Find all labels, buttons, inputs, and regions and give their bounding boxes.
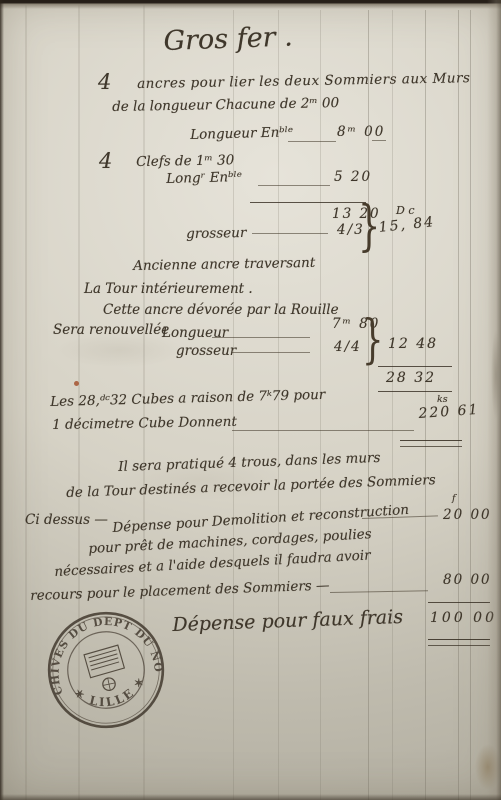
brace-glyph: } — [358, 194, 380, 257]
length-label: Longʳ Enᵇˡᵉ — [166, 169, 242, 187]
handwritten-line: La Tour intérieurement . — [84, 281, 253, 297]
paper-crease — [25, 0, 27, 800]
handwritten-line: Les 28,ᵈᶜ32 Cubes a raison de 7ᵏ79 pour — [50, 387, 325, 410]
leader-line — [252, 233, 328, 234]
handwritten-line: Ci dessus — — [25, 512, 108, 528]
girth-label: grosseur — [186, 225, 246, 242]
handwritten-line: de la Tour destinés a recevoir la portée… — [66, 472, 436, 501]
handwritten-line: de la longueur Chacune de 2ᵐ 00 — [112, 95, 339, 115]
amount-value: 4/4 — [334, 339, 362, 355]
length-label: Longueur Enᵇˡᵉ — [190, 124, 293, 143]
leader-line — [288, 141, 336, 142]
handwritten-line: recours pour le placement des Sommiers — — [30, 578, 330, 604]
handwritten-line: 1 décimetre Cube Donnent — [52, 414, 237, 433]
handwritten-line: ancres pour lier les deux Sommiers aux M… — [137, 70, 471, 92]
double-rule — [400, 440, 462, 447]
unit-mark: f — [452, 493, 456, 504]
photo-edge-top — [0, 0, 501, 9]
brace-glyph: } — [362, 310, 384, 370]
handwritten-line: Cette ancre dévorée par la Rouille — [103, 302, 339, 318]
amount-value: 20 00 — [443, 507, 492, 523]
amount-value: 5 20 — [334, 169, 372, 185]
amount-value: 15, 84 — [378, 214, 436, 236]
handwritten-line: Sera renouvellée — [53, 322, 169, 338]
stamp-emblem — [84, 645, 129, 694]
total-rule — [378, 391, 452, 392]
girth-label: grosseur — [176, 343, 236, 359]
leader-line — [212, 337, 310, 338]
archive-stamp: ARCHIVES DU DEPT DU NORD ✶ LILLE ✶ — [32, 596, 179, 743]
ruled-column-line — [392, 10, 393, 800]
leader-line — [258, 185, 330, 186]
photo-edge-bottom — [0, 794, 501, 800]
quantity: 4 — [99, 149, 112, 173]
sum-rule — [250, 202, 366, 203]
handwritten-line: Il sera pratiqué 4 trous, dans les murs — [118, 450, 381, 475]
leader-line — [232, 352, 310, 353]
foxing-spot — [74, 381, 79, 386]
total-rule — [428, 602, 490, 603]
unit-mark: D c — [396, 204, 414, 217]
amount-value: 8ᵐ 00 — [337, 124, 385, 140]
amount-value: 12 48 — [388, 336, 438, 352]
leader-line — [330, 590, 428, 593]
total-rule — [378, 366, 452, 367]
manuscript-page: Gros fer . 4 ancres pour lier les deux S… — [0, 0, 501, 800]
page-title: Gros fer . — [163, 21, 293, 56]
leader-line — [232, 430, 414, 431]
double-rule — [428, 639, 490, 646]
leader-line — [372, 140, 386, 141]
photo-edge-left — [0, 0, 4, 800]
amount-value: 80 00 — [443, 572, 492, 588]
handwritten-line: Clefs de 1ᵐ 30 — [136, 152, 234, 170]
handwritten-line: Ancienne ancre traversant — [133, 255, 315, 274]
quantity: 4 — [98, 70, 111, 94]
ruled-column-line — [320, 10, 321, 800]
amount-total: 28 32 — [386, 370, 436, 386]
length-label: Longueur — [162, 325, 228, 341]
photo-edge-right — [487, 0, 501, 800]
